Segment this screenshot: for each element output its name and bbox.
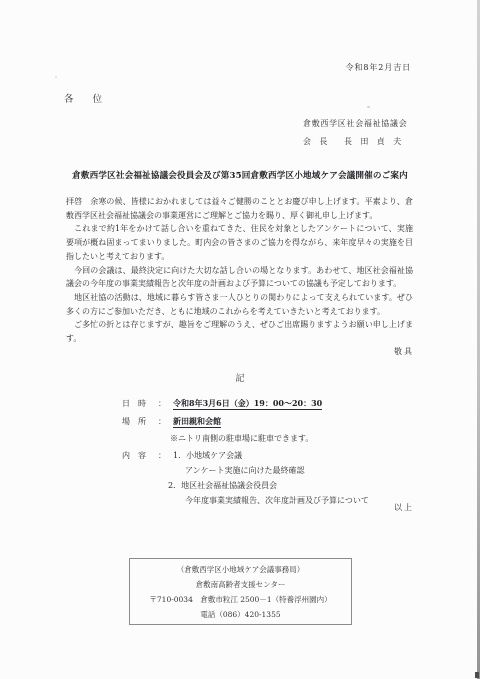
closing-keigu: 敬具	[394, 346, 414, 357]
place-value: 新田親和会館	[173, 416, 221, 428]
detail-row-place: 場 所：新田親和会館	[122, 415, 414, 428]
place-parking-note: ※ニトリ南側の駐車場に駐車できます。	[122, 433, 414, 445]
place-label: 場 所	[122, 416, 158, 428]
sender-representative: 会 長 長 田 貞 夫	[303, 136, 401, 147]
scan-corner-artifact	[475, 672, 479, 678]
datetime-label: 日 時	[122, 398, 158, 410]
body-paragraph-5: ご多忙の折とは存じますが、趣旨をご理解のうえ、ぜひご出席賜りますようお願い申し上…	[66, 318, 413, 345]
contact-box-line-4: 電話（086）420-1355	[130, 607, 351, 622]
agenda-item-1-heading: 1．小地域ケア会議	[173, 451, 242, 460]
contact-box-line-1: （倉敷西学区小地域ケア会議事務局）	[130, 562, 351, 577]
body-paragraph-2: これまで約1年をかけて話し合いを重ねてきた、住民を対象としたアンケートについて、…	[66, 222, 413, 263]
end-marker-ijou: 以上	[394, 502, 414, 513]
agenda-separator: ：	[158, 450, 166, 462]
agenda-item-2-heading-row: 2．地区社会福祉協議会役員会	[122, 480, 414, 492]
datetime-value: 令和8年3月6日（金）19：00～20：30	[173, 398, 322, 410]
agenda-item-2-detail-row: 今年度事業実績報告、次年度計画及び予算について	[122, 495, 414, 507]
agenda-label: 内 容	[122, 450, 158, 462]
contact-box-line-3: 〒710-0034 倉敷市粒江 2500－1（特養浮州園内）	[130, 592, 351, 607]
contact-box-line-2: 倉敷南高齢者支援センター	[130, 577, 351, 592]
detail-row-agenda: 内 容：1．小地域ケア会議	[122, 450, 414, 462]
letter-body: 拝啓 余寒の候、皆様におかれましては益々ご健勝のこととお慶び申し上げます。平素よ…	[66, 195, 413, 346]
recipient-line: 各 位	[64, 91, 102, 105]
meeting-details: 日 時：令和8年3月6日（金）19：00～20：30 場 所：新田親和会館 ※ニ…	[122, 397, 414, 510]
body-paragraph-4: 地区社協の活動は、地域に暮らす皆さま一人ひとりの関わりによって支えられています。…	[66, 291, 413, 318]
body-paragraph-3: 今回の会議は、最終決定に向けた大切な話し合いの場となります。あわせて、地区社会福…	[66, 264, 413, 291]
place-separator: ：	[158, 416, 166, 428]
document-title: 倉敷西学区社会福祉協議会役員会及び第35回倉敷西学区小地域ケア会議開催のご案内	[0, 169, 480, 181]
agenda-item-2-detail: 今年度事業実績報告、次年度計画及び予算について	[185, 496, 369, 505]
sender-organization: 倉敷西学区社会福祉協議会	[303, 118, 407, 129]
datetime-separator: ：	[158, 398, 166, 410]
body-paragraph-1: 拝啓 余寒の候、皆様におかれましては益々ご健勝のこととお慶び申し上げます。平素よ…	[66, 195, 413, 222]
issue-date: 令和8年2月吉日	[346, 62, 411, 73]
contact-info-box: （倉敷西学区小地域ケア会議事務局） 倉敷南高齢者支援センター 〒710-0034…	[129, 558, 352, 625]
scan-noise-dot	[367, 106, 370, 108]
detail-row-datetime: 日 時：令和8年3月6日（金）19：00～20：30	[122, 397, 414, 410]
scan-noise-dot	[55, 76, 57, 78]
record-marker: 記	[0, 371, 480, 384]
agenda-item-2-heading: 2．地区社会福祉協議会役員会	[168, 481, 277, 490]
scanned-letter-page: 令和8年2月吉日 各 位 倉敷西学区社会福祉協議会 会 長 長 田 貞 夫 倉敷…	[0, 0, 480, 679]
agenda-item-1-detail-row: アンケート実施に向けた最終確認	[122, 465, 414, 477]
place-note-text: ※ニトリ南側の駐車場に駐車できます。	[170, 434, 313, 443]
agenda-item-1-detail: アンケート実施に向けた最終確認	[185, 466, 305, 475]
